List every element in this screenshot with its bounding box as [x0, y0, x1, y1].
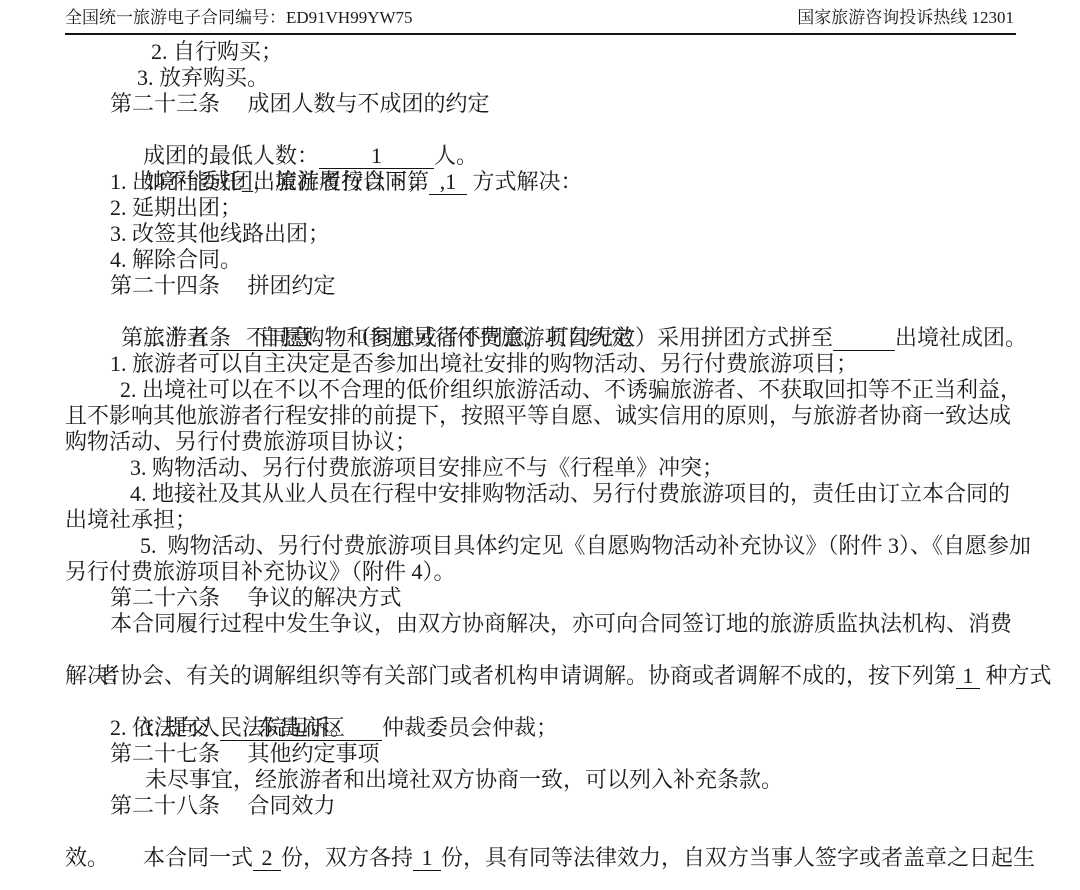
contract-line: 4. 解除合同。 [110, 247, 1015, 273]
contract-line: 2. 依法向人民法院起诉。 [110, 715, 1015, 741]
contract-line: 成团的最低人数：1人。 [110, 117, 1015, 143]
contract-line: 者协会、有关的调解组织等有关部门或者机构申请调解。协商或者调解不成的，按下列第1… [65, 637, 1015, 663]
text-run: 出境社成团。 [895, 325, 1027, 350]
contract-number: 全国统一旅游电子合同编号：ED91VH99YW75 [65, 8, 413, 28]
fill-in-blank-min-group-size: 1 [319, 143, 434, 169]
contract-line: 4. 地接社及其从业人员在行程中安排购物活动、另行付费旅游项目的，责任由订立本合… [130, 481, 1015, 507]
fill-in-blank-agency-empty [833, 325, 895, 351]
fill-in-blank-copies-total: 2 [253, 845, 281, 871]
contract-line: 1. 提交 东昌府区仲裁委员会仲裁； [110, 689, 1015, 715]
text-run: 种方式 [980, 663, 1052, 688]
text-run: 份，双方各持 [281, 845, 413, 870]
contract-line: 5. 购物活动、另行付费旅游项目具体约定见《自愿购物活动补充协议》（附件 3）、… [140, 533, 1015, 559]
text-run: 仲裁委员会仲裁； [382, 715, 558, 740]
contract-line: 3. 改签其他线路出团； [110, 221, 1015, 247]
text-run: 方式解决： [467, 169, 583, 194]
contract-line clause-27-title: 第二十七条 其他约定事项 [110, 741, 1015, 767]
contract-line clause-26-title: 第二十六条 争议的解决方式 [110, 585, 1015, 611]
contract-line: 未尽事宜，经旅游者和出境社双方协商一致，可以列入补充条款。 [145, 767, 1015, 793]
contract-line clause-23-title: 第二十三条 成团人数与不成团的约定 [110, 91, 1015, 117]
contract-page: 全国统一旅游电子合同编号：ED91VH99YW75 国家旅游咨询投诉热线 123… [0, 0, 1080, 890]
contract-line: 出境社承担； [65, 507, 1015, 533]
contract-line: 2. 出境社可以在不以不合理的低价组织旅游活动、不诱骗旅游者、不获取回扣等不正当… [120, 377, 1015, 403]
contract-line: 3. 放弃购买。 [137, 65, 1015, 91]
text-run: 份，具有同等法律效力，自双方当事人签字或者盖章之日起生 [441, 845, 1035, 870]
contract-line: 购物活动、另行付费旅游项目协议； [65, 429, 1015, 455]
page-header: 全国统一旅游电子合同编号：ED91VH99YW75 国家旅游咨询投诉热线 123… [65, 0, 1016, 35]
text-run: 本合同一式 [143, 845, 253, 870]
contract-line: 且不影响其他旅游者行程安排的前提下，按照平等自愿、诚实信用的原则，与旅游者协商一… [65, 403, 1015, 429]
contract-line: 2. 自行购买； [151, 39, 1015, 65]
contract-line: 另行付费旅游项目补充协议》（附件 4）。 [65, 559, 1015, 585]
contract-line clause-28-title: 第二十八条 合同效力 [110, 793, 1015, 819]
contract-line: 1. 旅游者可以自主决定是否参加出境社安排的购物活动、另行付费旅游项目； [110, 351, 1015, 377]
contract-line: 旅游者不同意（同意或者不同意，打勾无效）采用拼团方式拼至出境社成团。 [110, 299, 1015, 325]
contract-line clause-24-title: 第二十四条 拼团约定 [110, 273, 1015, 299]
fill-in-blank-copies-each: 1 [413, 845, 441, 871]
contract-line: 3. 购物活动、另行付费旅游项目安排应不与《行程单》冲突； [130, 455, 1015, 481]
hotline-number: 国家旅游咨询投诉热线 12301 [797, 8, 1014, 28]
contract-line: 2. 延期出团； [110, 195, 1015, 221]
fill-in-blank-dispute-option: 1 [956, 663, 980, 689]
contract-body: 2. 自行购买； 3. 放弃购买。 第二十三条 成团人数与不成团的约定 成团的最… [65, 39, 1015, 871]
text-run: 者协会、有关的调解组织等有关部门或者机构申请调解。协商或者调解不成的，按下列第 [98, 663, 956, 688]
contract-line: 本合同一式2份，双方各持1份，具有同等法律效力，自双方当事人签字或者盖章之日起生 [110, 819, 1015, 845]
text-run: 人。 [434, 143, 478, 168]
text-run: 成团的最低人数： [143, 143, 319, 168]
contract-line: 本合同履行过程中发生争议，由双方协商解决，亦可向合同签订地的旅游质监执法机构、消… [110, 611, 1015, 637]
fill-in-blank-solution-option: ,1 [429, 169, 467, 195]
